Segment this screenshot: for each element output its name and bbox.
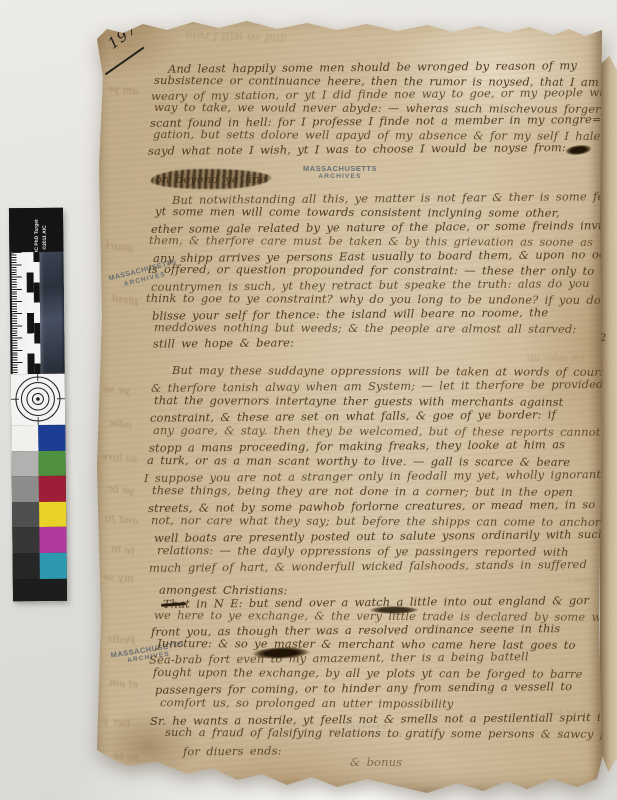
marginalia-ghost: ye se	[103, 384, 131, 397]
manuscript-page-wrap: 197 and so will I rem im ader ap mort be…	[97, 17, 602, 793]
target-black-footer	[13, 578, 67, 601]
manuscript-line: for diuers ends:	[183, 746, 282, 758]
calibration-target: AIC PhD Target ©2011 AIC	[9, 208, 67, 602]
manuscript-line: Sea-brab fort even to my amazement, ther…	[149, 651, 529, 666]
showthrough-mark: mort	[567, 575, 593, 586]
patch-white	[11, 425, 38, 451]
patch-darker-gray	[12, 527, 39, 553]
showthrough-mark: im ader ap	[527, 353, 584, 364]
showthrough-top-line: and so will I rem	[185, 29, 287, 45]
manuscript-line: sayd what note I wish, yt I was to choos…	[148, 142, 566, 157]
ink-blot	[564, 143, 592, 156]
patch-yellow	[39, 501, 66, 527]
manuscript-line: that the governors intertayne ther guest…	[154, 395, 563, 408]
marginalia-ghost: my se	[103, 572, 135, 585]
stamp-line2: ARCHIVES	[294, 173, 386, 181]
patch-red	[39, 476, 66, 502]
patch-near-black	[13, 553, 40, 579]
manuscript-line: a turk, or as a man scant worthy to live…	[147, 455, 570, 468]
marginalia-ghost: Pedis	[107, 634, 136, 647]
marginalia-ghost: so lure	[101, 452, 138, 465]
manuscript-line: comfort us, so prolonged an utter imposs…	[160, 697, 453, 710]
archives-stamp-top: MASSACHUSETTS ARCHIVES	[294, 164, 386, 182]
marginalia-ghost: and fo	[105, 514, 139, 527]
manuscript-line: But may these suddayne oppressions will …	[172, 365, 613, 378]
folio-number: 197	[106, 21, 140, 52]
text-layer: And least happily some men should be wro…	[97, 17, 602, 36]
photo-canvas: (2 197 and so will I rem im ader ap mort…	[0, 0, 617, 800]
marginalia-ghost: el am	[109, 678, 139, 691]
patch-dark-gray	[12, 502, 39, 528]
marginalia-ghost: am ye	[107, 83, 140, 97]
manuscript-line: & bonus	[350, 757, 402, 769]
manuscript-line: such a fraud of falsifying relations to …	[165, 727, 617, 740]
facing-page-edge	[600, 56, 617, 772]
manuscript-line: any goare, & stay. then they be welcomed…	[153, 425, 600, 438]
marginalia-ghost: ye br	[107, 484, 135, 497]
manuscript-line: streets, & not by some pawhob forlorne c…	[148, 499, 617, 515]
manuscript-line: relations: — the dayly oppressions of ye…	[157, 545, 569, 558]
manuscript-line: passengers for coming, or to hinder any …	[155, 681, 572, 696]
gloss-strip	[39, 252, 64, 374]
ruler-ticks	[9, 252, 27, 374]
struck-out-line: on beyond ye line	[155, 172, 267, 186]
manuscript-line: not, nor care what they say; but before …	[151, 515, 601, 528]
manuscript-page: 197 and so will I rem im ader ap mort be…	[97, 17, 602, 793]
bullseye-icon	[11, 374, 66, 426]
manuscript-line: & therfore tanish alway when am System; …	[151, 379, 604, 394]
patch-magenta	[39, 527, 66, 553]
target-ruler	[9, 252, 64, 375]
patch-green	[38, 450, 65, 476]
target-copyright: ©2011 AIC	[41, 219, 49, 252]
folio-underline	[105, 47, 144, 75]
marginalia-ghost: so te	[113, 751, 139, 763]
manuscript-line: well boats are presently posted out to s…	[154, 529, 606, 544]
target-header: AIC PhD Target ©2011 AIC	[9, 208, 63, 253]
manuscript-line: stopp a mans proceeding, for making frea…	[149, 439, 565, 454]
target-bullseye	[11, 374, 66, 426]
manuscript-line: still we hope & beare:	[153, 337, 294, 350]
patch-cyan	[40, 553, 67, 579]
manuscript-line: meddowes nothing but weeds; & the people…	[154, 322, 576, 335]
patch-light-gray	[11, 451, 38, 477]
target-label: AIC PhD Target ©2011 AIC	[34, 219, 49, 252]
manuscript-line: constraint, & these are set on what fall…	[150, 409, 556, 424]
marginalia-ghost: pleut	[110, 293, 138, 307]
manuscript-line: them, & therfore care must be taken & by…	[149, 235, 593, 248]
patch-blue	[38, 425, 65, 451]
manuscript-line: I suppose you are not a stranger only in…	[144, 469, 617, 485]
manuscript-line: much grief of hart, & wonderfull wicked …	[149, 559, 587, 574]
manuscript-line: fought upon the exchange, by all ye plot…	[153, 667, 583, 680]
marginalia-ghost: goart	[105, 241, 134, 253]
marginalia-ghost: te m	[110, 543, 135, 557]
target-title: AIC PhD Target	[34, 219, 42, 252]
patch-mid-gray	[12, 476, 39, 502]
marginalia-ghost: ber y	[102, 715, 130, 729]
marginalia-ghost: adie	[108, 418, 132, 431]
stamp-line1: MASSACHUSETTS	[294, 164, 386, 173]
manuscript-line: yt some men will come towards consistent…	[155, 206, 560, 219]
target-color-patches	[11, 425, 67, 579]
manuscript-line: these things, being they are not done in…	[152, 485, 573, 498]
